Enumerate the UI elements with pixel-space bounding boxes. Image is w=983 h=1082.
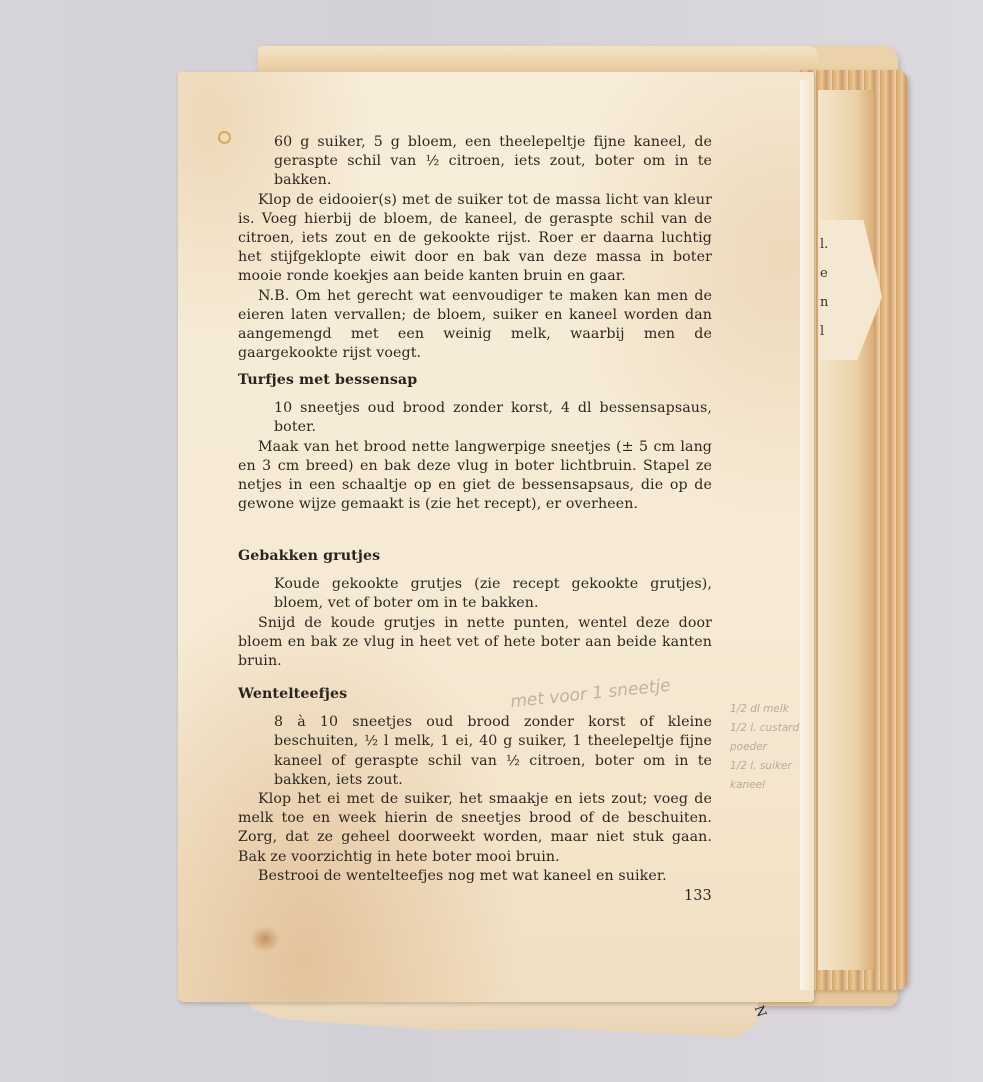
recipe-instructions: Bestrooi de wentelteefjes nog met wat ka…: [238, 867, 712, 886]
recipe-ingredients: 10 sneetjes oud brood zonder korst, 4 dl…: [238, 399, 712, 437]
recipe-title: Gebakken grutjes: [238, 547, 712, 566]
recipe-title: Turfjes met bessensap: [238, 371, 712, 390]
recipe-instructions: Snijd de koude grutjes in nette punten, …: [238, 614, 712, 672]
punch-hole-icon: [218, 131, 231, 144]
handwritten-line: poeder: [730, 738, 799, 757]
recipe-instructions: Klop het ei met de suiker, het smaakje e…: [238, 790, 712, 867]
recipe-instructions: Maak van het brood nette langwerpige sne…: [238, 438, 712, 515]
peek-letter: l.: [820, 230, 850, 259]
recipe-ingredients: 8 à 10 sneetjes oud brood zonder korst o…: [238, 713, 712, 790]
handwritten-line: 1/2 dl melk: [730, 700, 799, 719]
recipe-turfjes: Turfjes met bessensap 10 sneetjes oud br…: [238, 371, 712, 514]
handwritten-margin-notes: 1/2 dl melk 1/2 l. custard poeder 1/2 l.…: [730, 700, 799, 795]
peek-letter: l: [820, 317, 850, 346]
peek-letter: e: [820, 259, 850, 288]
intro-section: 60 g suiker, 5 g bloem, een theelepeltje…: [238, 133, 712, 363]
recipe-gebakken-grutjes: Gebakken grutjes Koude gekookte grutjes …: [238, 547, 712, 671]
stain-mark: [250, 926, 280, 952]
page-number: 133: [684, 888, 712, 904]
recipe-wentelteefjes: Wentelteefjes 8 à 10 sneetjes oud brood …: [238, 685, 712, 886]
intro-paragraph: Klop de eidooier(s) met de suiker tot de…: [238, 191, 712, 287]
recipe-ingredients: Koude gekookte grutjes (zie recept gekoo…: [238, 575, 712, 613]
intro-note: N.B. Om het gerecht wat eenvoudiger te m…: [238, 287, 712, 364]
peek-letter: n: [820, 288, 850, 317]
handwritten-line: kaneel: [730, 776, 799, 795]
handwritten-line: 1/2 l. suiker: [730, 757, 799, 776]
next-page-peek-letters: l. e n l: [820, 230, 850, 346]
handwritten-line: 1/2 l. custard: [730, 719, 799, 738]
intro-ingredients: 60 g suiker, 5 g bloem, een theelepeltje…: [238, 133, 712, 191]
page-edge-strip: [800, 80, 814, 990]
